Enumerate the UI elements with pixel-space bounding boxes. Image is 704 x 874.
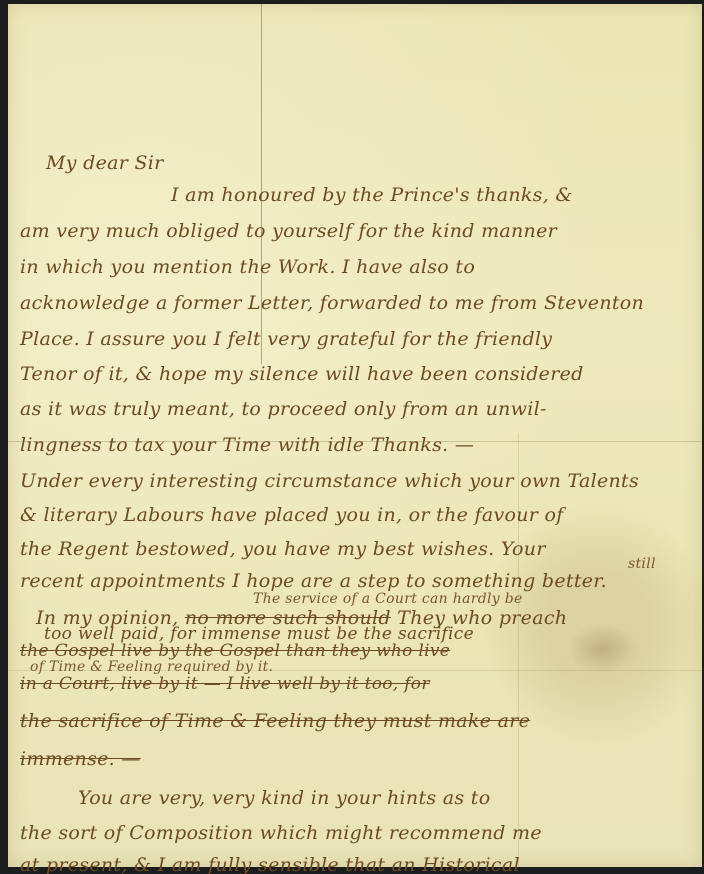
letter-line: the sort of Composition which might reco… bbox=[20, 822, 542, 844]
letter-line: lingness to tax your Time with idle Than… bbox=[20, 434, 474, 456]
letter-line: I am honoured by the Prince's thanks, & bbox=[171, 184, 573, 206]
fold-line-vertical-lower bbox=[518, 434, 519, 867]
interlinear-insertion: of Time & Feeling required by it. bbox=[30, 659, 273, 675]
letter-line: am very much obliged to yourself for the… bbox=[20, 220, 557, 242]
letter-line: Place. I assure you I felt very grateful… bbox=[20, 328, 552, 350]
interlinear-insertion: The service of a Court can hardly be bbox=[253, 591, 523, 607]
letter-line: acknowledge a former Letter, forwarded t… bbox=[20, 292, 644, 314]
interlinear-insertion: still bbox=[628, 556, 656, 572]
letter-line: recent appointments I hope are a step to… bbox=[20, 570, 607, 592]
letter-line: at present, & I am fully sensible that a… bbox=[20, 854, 520, 874]
letter-line: You are very, very kind in your hints as… bbox=[78, 787, 490, 809]
letter-line: & literary Labours have placed you in, o… bbox=[20, 504, 564, 526]
letter-line: the Regent bestowed, you have my best wi… bbox=[20, 538, 546, 560]
struck-line: the sacrifice of Time & Feeling they mus… bbox=[20, 710, 530, 732]
struck-line: immense. — bbox=[20, 748, 141, 770]
letter-page: My dear Sir I am honoured by the Prince'… bbox=[8, 4, 702, 867]
struck-line: the Gospel live by the Gospel than they … bbox=[20, 641, 450, 661]
letter-line: in which you mention the Work. I have al… bbox=[20, 256, 475, 278]
letter-line: Under every interesting circumstance whi… bbox=[20, 470, 639, 492]
letter-line: as it was truly meant, to proceed only f… bbox=[20, 398, 547, 420]
struck-line: in a Court, live by it — I live well by … bbox=[20, 674, 430, 694]
letter-line: Tenor of it, & hope my silence will have… bbox=[20, 363, 584, 385]
ink-stain bbox=[568, 624, 638, 674]
salutation: My dear Sir bbox=[46, 152, 164, 174]
